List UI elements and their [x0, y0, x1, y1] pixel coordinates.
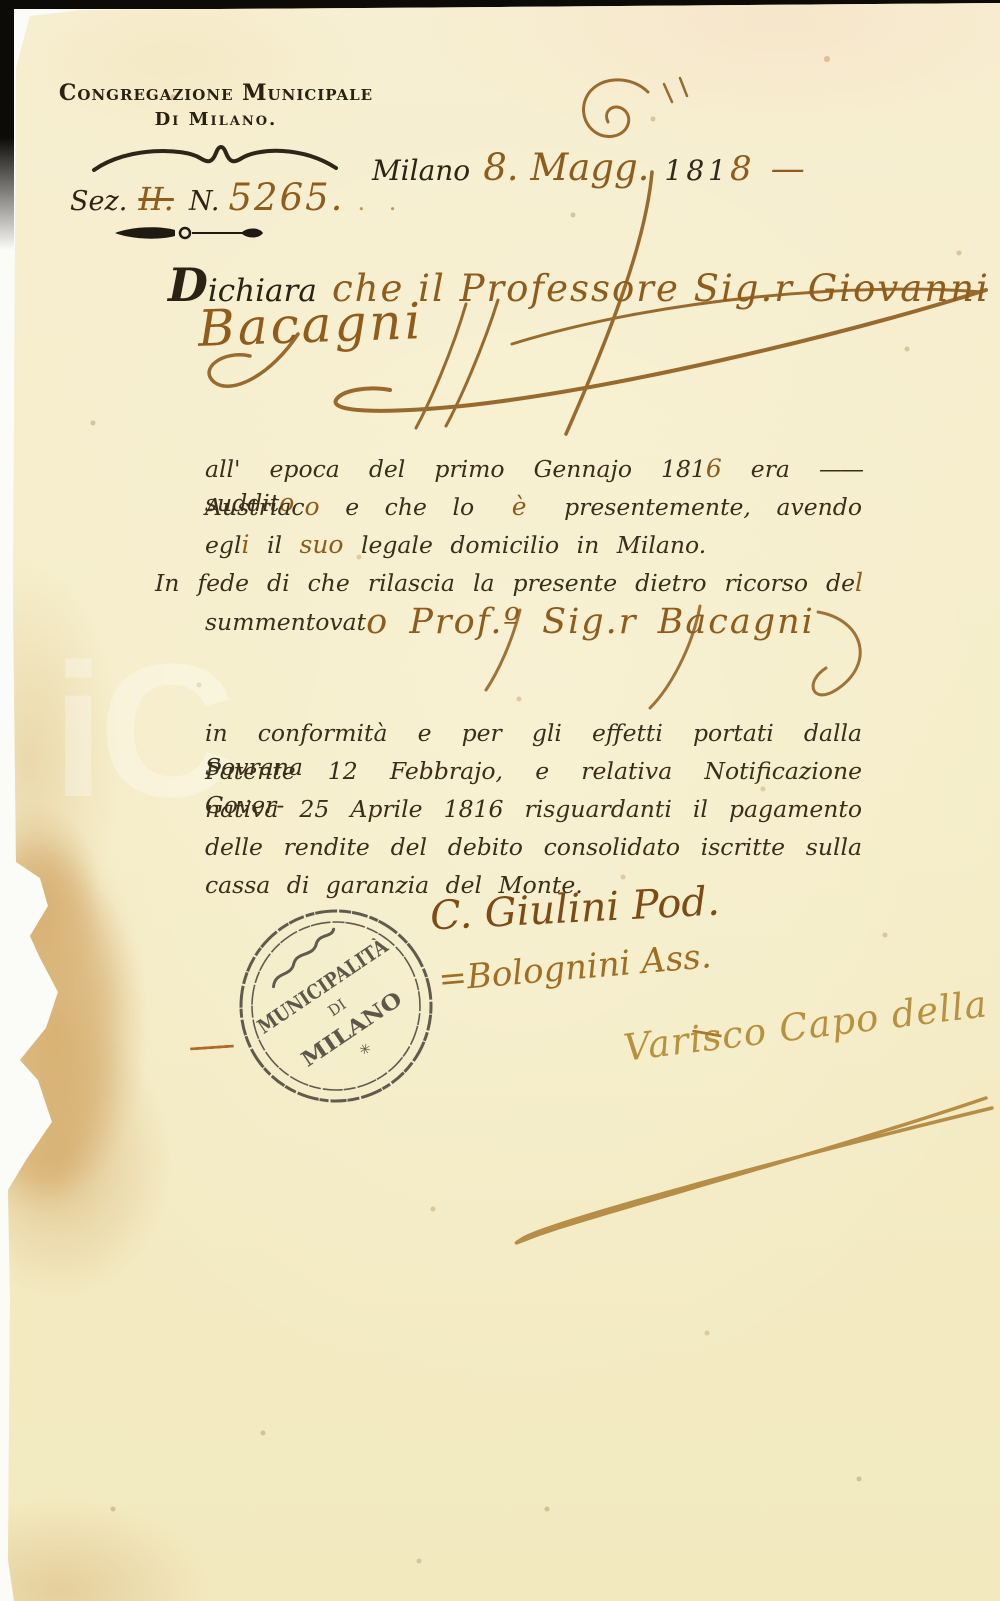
body2-line-4: delle rendite del debito consolidato isc… [205, 830, 862, 864]
printed-text: legale domicilio in Milano. [361, 531, 706, 559]
hand-insert: i [241, 530, 249, 559]
body2-line-3: nativa 25 Aprile 1816 risguardanti il pa… [205, 792, 862, 826]
body-line-3: egli il suo legale domicilio in Milano. [205, 528, 706, 562]
printed-text: egl [205, 531, 241, 559]
printed-text: il [267, 531, 282, 559]
scanned-document: iC Congregazione Municipale Di Milano. S… [0, 0, 1000, 1601]
scanner-bed-left [0, 0, 14, 250]
ink-flourishes-mid [0, 560, 1000, 740]
printed-text: delle rendite del debito consolidato isc… [205, 833, 862, 861]
ink-flourishes-top [0, 0, 1000, 520]
ink-flourish-bottom [0, 1048, 1000, 1268]
printed-text: nativa 25 Aprile 1816 risguardanti il pa… [205, 795, 862, 823]
paper-sheet: iC Congregazione Municipale Di Milano. S… [0, 0, 1000, 1601]
signature-assessore: =Bolognini Ass. [437, 936, 713, 1000]
hand-insert: suo [299, 530, 343, 559]
